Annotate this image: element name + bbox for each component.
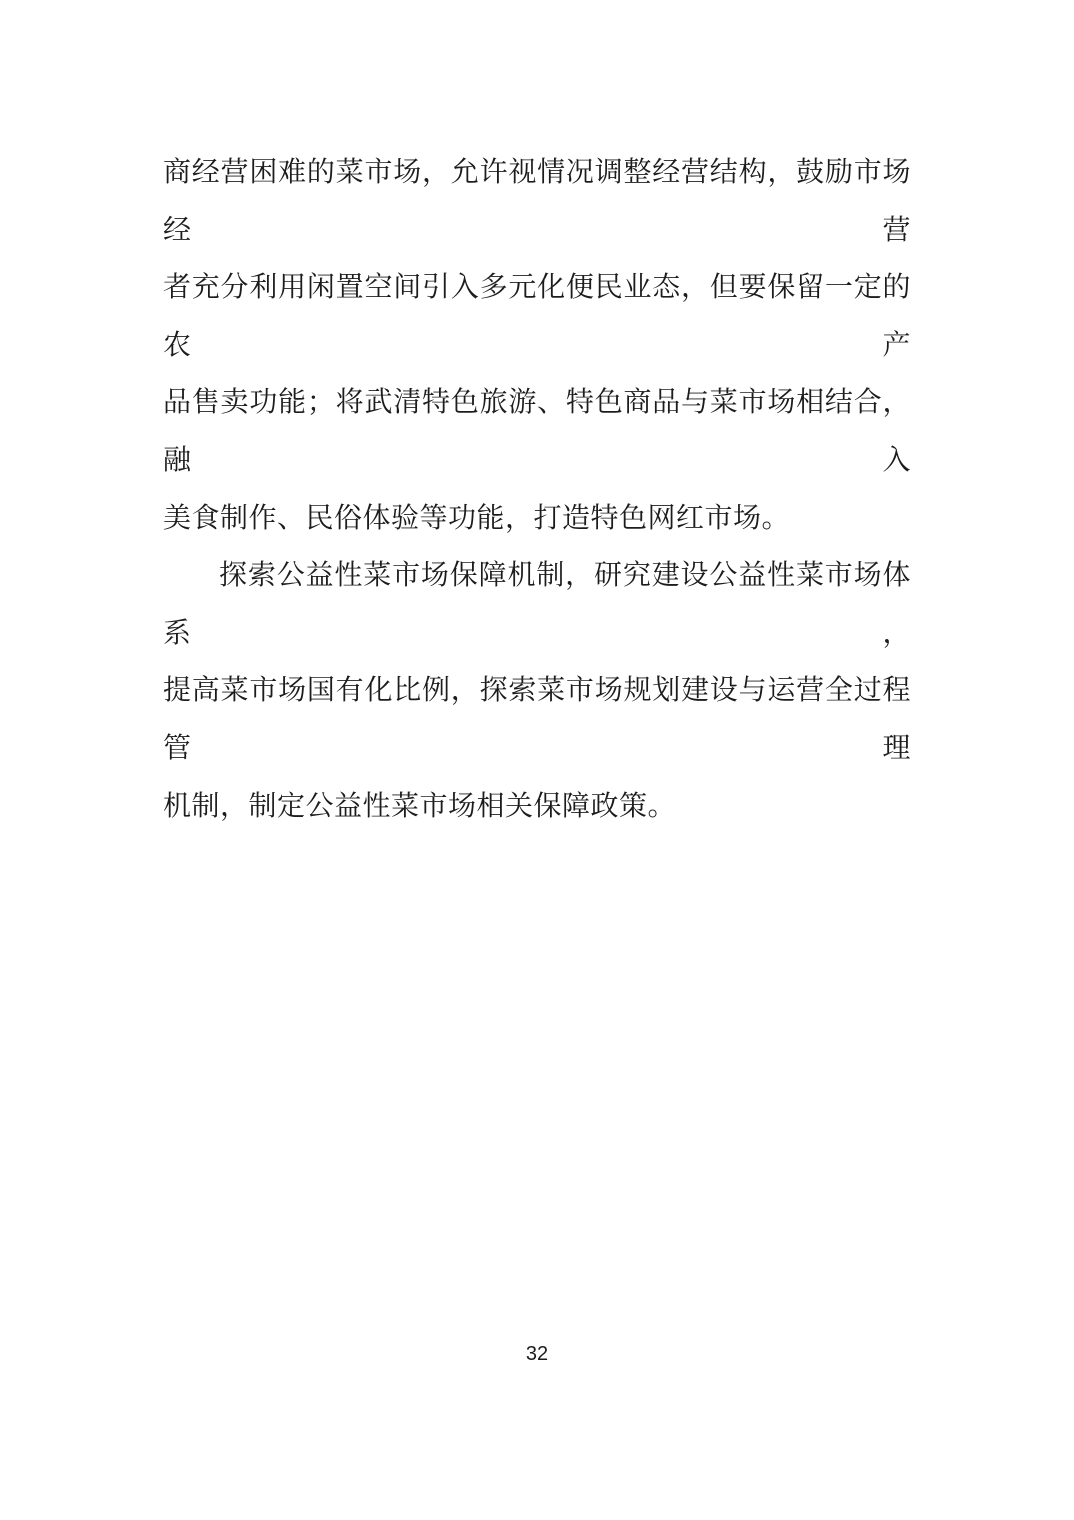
text-line: 品售卖功能；将武清特色旅游、特色商品与菜市场相结合，融入 [163,374,911,489]
page-number: 32 [0,1342,1074,1366]
text-line: 者充分利用闲置空间引入多元化便民业态，但要保留一定的农产 [163,259,911,374]
text-line: 提高菜市场国有化比例，探索菜市场规划建设与运营全过程管理 [163,662,911,777]
text-line: 探索公益性菜市场保障机制，研究建设公益性菜市场体系， [163,547,911,662]
text-line: 商经营困难的菜市场，允许视情况调整经营结构，鼓励市场经营 [163,144,911,259]
document-body-text: 商经营困难的菜市场，允许视情况调整经营结构，鼓励市场经营 者充分利用闲置空间引入… [163,144,911,835]
document-page: 商经营困难的菜市场，允许视情况调整经营结构，鼓励市场经营 者充分利用闲置空间引入… [0,0,1074,1520]
text-line: 机制，制定公益性菜市场相关保障政策。 [163,778,911,836]
text-line: 美食制作、民俗体验等功能，打造特色网红市场。 [163,490,911,548]
